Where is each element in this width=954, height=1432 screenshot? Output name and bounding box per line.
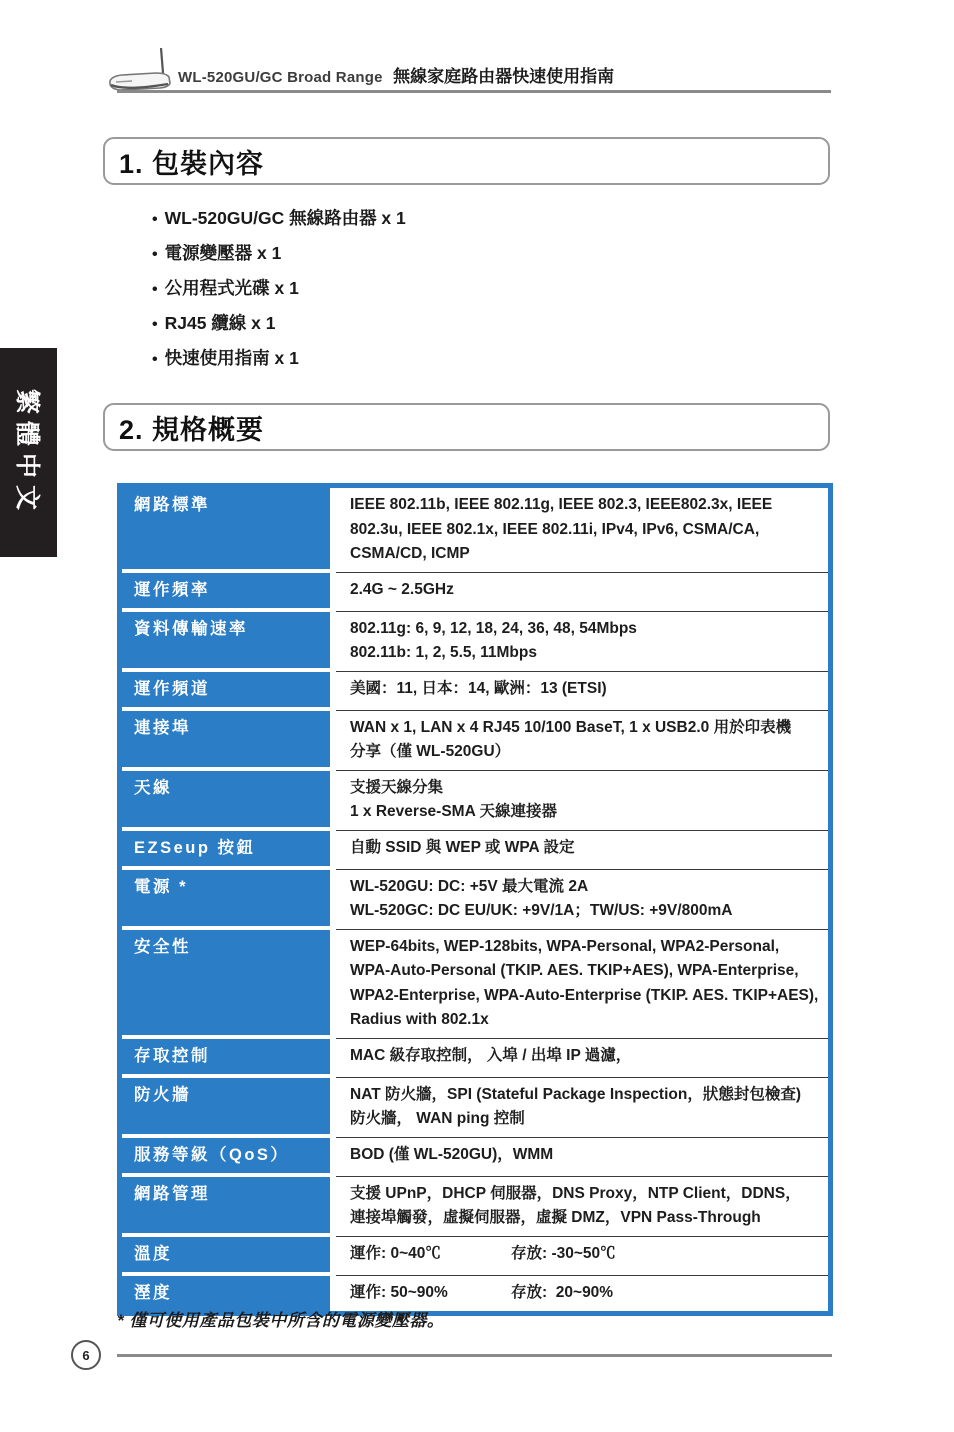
spec-value-cell: WAN x 1, LAN x 4 RJ45 10/100 BaseT, 1 x … bbox=[336, 711, 828, 771]
table-row: 安全性 WEP-64bits, WEP-128bits, WPA-Persona… bbox=[122, 930, 828, 1039]
router-icon bbox=[106, 46, 178, 96]
spec-label-cell: 防火牆 bbox=[122, 1078, 330, 1138]
spec-label-cell: 天線 bbox=[122, 771, 330, 831]
spec-label-cell: 運作頻道 bbox=[122, 672, 330, 711]
table-row: 資料傳輸速率 802.11g: 6, 9, 12, 18, 24, 36, 48… bbox=[122, 612, 828, 672]
spec-value-text: 運作: 50~90% bbox=[350, 1281, 511, 1306]
bullet-icon: • bbox=[152, 246, 158, 263]
spec-value-cell: 支援 UPnP，DHCP 伺服器，DNS Proxy，NTP Client，DD… bbox=[336, 1177, 828, 1237]
header-title: WL-520GU/GC Broad Range 無線家庭路由器快速使用指南 bbox=[178, 62, 614, 87]
section1-title: 1. 包裝內容 bbox=[119, 142, 264, 181]
bullet-icon: • bbox=[152, 316, 158, 333]
spec-label-cell: 運作頻率 bbox=[122, 573, 330, 612]
spec-value-cell: 802.11g: 6, 9, 12, 18, 24, 36, 48, 54Mbp… bbox=[336, 612, 828, 672]
list-item-text: WL-520GU/GC 無線路由器 x 1 bbox=[165, 208, 406, 228]
spec-label-cell: 存取控制 bbox=[122, 1039, 330, 1078]
list-item-text: RJ45 纜線 x 1 bbox=[165, 313, 276, 333]
table-row: 網路標準 IEEE 802.11b, IEEE 802.11g, IEEE 80… bbox=[122, 488, 828, 573]
header-rule bbox=[117, 90, 831, 93]
spec-label-cell: 電源 * bbox=[122, 870, 330, 930]
spec-value-cell: 美國：11, 日本：14, 歐洲：13 (ETSI) bbox=[336, 672, 828, 711]
spec-value-text: 美國：11, 日本：14, 歐洲：13 (ETSI) bbox=[350, 680, 607, 697]
table-row: 連接埠 WAN x 1, LAN x 4 RJ45 10/100 BaseT, … bbox=[122, 711, 828, 771]
table-row: 溫度 運作: 0~40℃存放: -30~50℃ bbox=[122, 1237, 828, 1276]
spec-label-cell: EZSeup 按鈕 bbox=[122, 831, 330, 870]
table-row: 天線 支援天線分集 1 x Reverse-SMA 天線連接器 bbox=[122, 771, 828, 831]
spec-value-text: NAT 防火牆，SPI (Stateful Package Inspection… bbox=[350, 1086, 801, 1128]
spec-table: 網路標準 IEEE 802.11b, IEEE 802.11g, IEEE 80… bbox=[117, 483, 833, 1316]
spec-value-cell: WEP-64bits, WEP-128bits, WPA-Personal, W… bbox=[336, 930, 828, 1039]
spec-value-text: 自動 SSID 與 WEP 或 WPA 設定 bbox=[350, 839, 574, 856]
spec-value-text: 802.11g: 6, 9, 12, 18, 24, 36, 48, 54Mbp… bbox=[350, 620, 637, 662]
spec-label-cell: 網路管理 bbox=[122, 1177, 330, 1237]
spec-label-cell: 安全性 bbox=[122, 930, 330, 1039]
spec-value-cell: 2.4G ~ 2.5GHz bbox=[336, 573, 828, 612]
package-contents-list: •WL-520GU/GC 無線路由器 x 1 •電源變壓器 x 1 •公用程式光… bbox=[152, 208, 406, 383]
footnote: * 僅可使用產品包裝中所含的電源變壓器。 bbox=[117, 1306, 444, 1331]
table-row: 存取控制 MAC 級存取控制， 入埠 / 出埠 IP 過濾， bbox=[122, 1039, 828, 1078]
spec-value-text: WL-520GU: DC: +5V 最大電流 2A WL-520GC: DC E… bbox=[350, 878, 732, 920]
page-number: 6 bbox=[82, 1348, 89, 1363]
spec-value-cell: BOD (僅 WL-520GU)，WMM bbox=[336, 1138, 828, 1177]
header-title-model: WL-520GU/GC Broad Range bbox=[178, 69, 383, 86]
list-item-text: 公用程式光碟 x 1 bbox=[165, 278, 299, 298]
header-title-chinese: 無線家庭路由器快速使用指南 bbox=[393, 67, 614, 86]
spec-value-cell: IEEE 802.11b, IEEE 802.11g, IEEE 802.3, … bbox=[336, 488, 828, 573]
spec-label-cell: 服務等級（QoS） bbox=[122, 1138, 330, 1177]
list-item-text: 快速使用指南 x 1 bbox=[165, 348, 299, 368]
section-specifications: 2. 規格概要 bbox=[103, 403, 830, 451]
table-row: EZSeup 按鈕 自動 SSID 與 WEP 或 WPA 設定 bbox=[122, 831, 828, 870]
spec-label-cell: 溫度 bbox=[122, 1237, 330, 1276]
bullet-icon: • bbox=[152, 351, 158, 368]
spec-value-cell: 自動 SSID 與 WEP 或 WPA 設定 bbox=[336, 831, 828, 870]
spec-value-cell: 運作: 0~40℃存放: -30~50℃ bbox=[336, 1237, 828, 1276]
spec-value-text: IEEE 802.11b, IEEE 802.11g, IEEE 802.3, … bbox=[350, 496, 772, 562]
section-package-contents: 1. 包裝內容 bbox=[103, 137, 830, 185]
spec-value-cell: 支援天線分集 1 x Reverse-SMA 天線連接器 bbox=[336, 771, 828, 831]
spec-value-text: WEP-64bits, WEP-128bits, WPA-Personal, W… bbox=[350, 938, 818, 1029]
table-row: 防火牆 NAT 防火牆，SPI (Stateful Package Inspec… bbox=[122, 1078, 828, 1138]
spec-value-text: 支援天線分集 1 x Reverse-SMA 天線連接器 bbox=[350, 779, 557, 821]
spec-value-text: BOD (僅 WL-520GU)，WMM bbox=[350, 1146, 553, 1163]
side-tab-label: 繁體中文 bbox=[11, 388, 47, 516]
spec-value-text: MAC 級存取控制， 入埠 / 出埠 IP 過濾， bbox=[350, 1047, 631, 1064]
table-row: 運作頻率 2.4G ~ 2.5GHz bbox=[122, 573, 828, 612]
table-row: 服務等級（QoS） BOD (僅 WL-520GU)，WMM bbox=[122, 1138, 828, 1177]
spec-value-text: 支援 UPnP，DHCP 伺服器，DNS Proxy，NTP Client，DD… bbox=[350, 1185, 801, 1227]
table-row: 運作頻道 美國：11, 日本：14, 歐洲：13 (ETSI) bbox=[122, 672, 828, 711]
spec-label-cell: 資料傳輸速率 bbox=[122, 612, 330, 672]
spec-value-text: 2.4G ~ 2.5GHz bbox=[350, 581, 454, 598]
section2-title: 2. 規格概要 bbox=[119, 408, 264, 447]
spec-label-cell: 連接埠 bbox=[122, 711, 330, 771]
spec-label-cell: 網路標準 bbox=[122, 488, 330, 573]
list-item: •WL-520GU/GC 無線路由器 x 1 bbox=[152, 208, 406, 230]
list-item: •快速使用指南 x 1 bbox=[152, 348, 406, 370]
spec-value-text-2: 存放: -30~50℃ bbox=[511, 1245, 616, 1262]
spec-value-text-2: 存放: 20~90% bbox=[511, 1284, 613, 1301]
spec-value-text: WAN x 1, LAN x 4 RJ45 10/100 BaseT, 1 x … bbox=[350, 719, 791, 761]
spec-value-text: 運作: 0~40℃ bbox=[350, 1242, 511, 1267]
table-row: 網路管理 支援 UPnP，DHCP 伺服器，DNS Proxy，NTP Clie… bbox=[122, 1177, 828, 1237]
table-row: 電源 * WL-520GU: DC: +5V 最大電流 2A WL-520GC:… bbox=[122, 870, 828, 930]
list-item-text: 電源變壓器 x 1 bbox=[165, 243, 282, 263]
list-item: •RJ45 纜線 x 1 bbox=[152, 313, 406, 335]
bullet-icon: • bbox=[152, 281, 158, 298]
footer-rule bbox=[117, 1354, 832, 1357]
spec-value-cell: MAC 級存取控制， 入埠 / 出埠 IP 過濾， bbox=[336, 1039, 828, 1078]
list-item: •公用程式光碟 x 1 bbox=[152, 278, 406, 300]
side-tab-traditional-chinese: 繁體中文 bbox=[0, 348, 57, 557]
spec-value-cell: NAT 防火牆，SPI (Stateful Package Inspection… bbox=[336, 1078, 828, 1138]
page-number-badge: 6 bbox=[71, 1340, 101, 1370]
spec-value-cell: WL-520GU: DC: +5V 最大電流 2A WL-520GC: DC E… bbox=[336, 870, 828, 930]
list-item: •電源變壓器 x 1 bbox=[152, 243, 406, 265]
bullet-icon: • bbox=[152, 211, 158, 228]
